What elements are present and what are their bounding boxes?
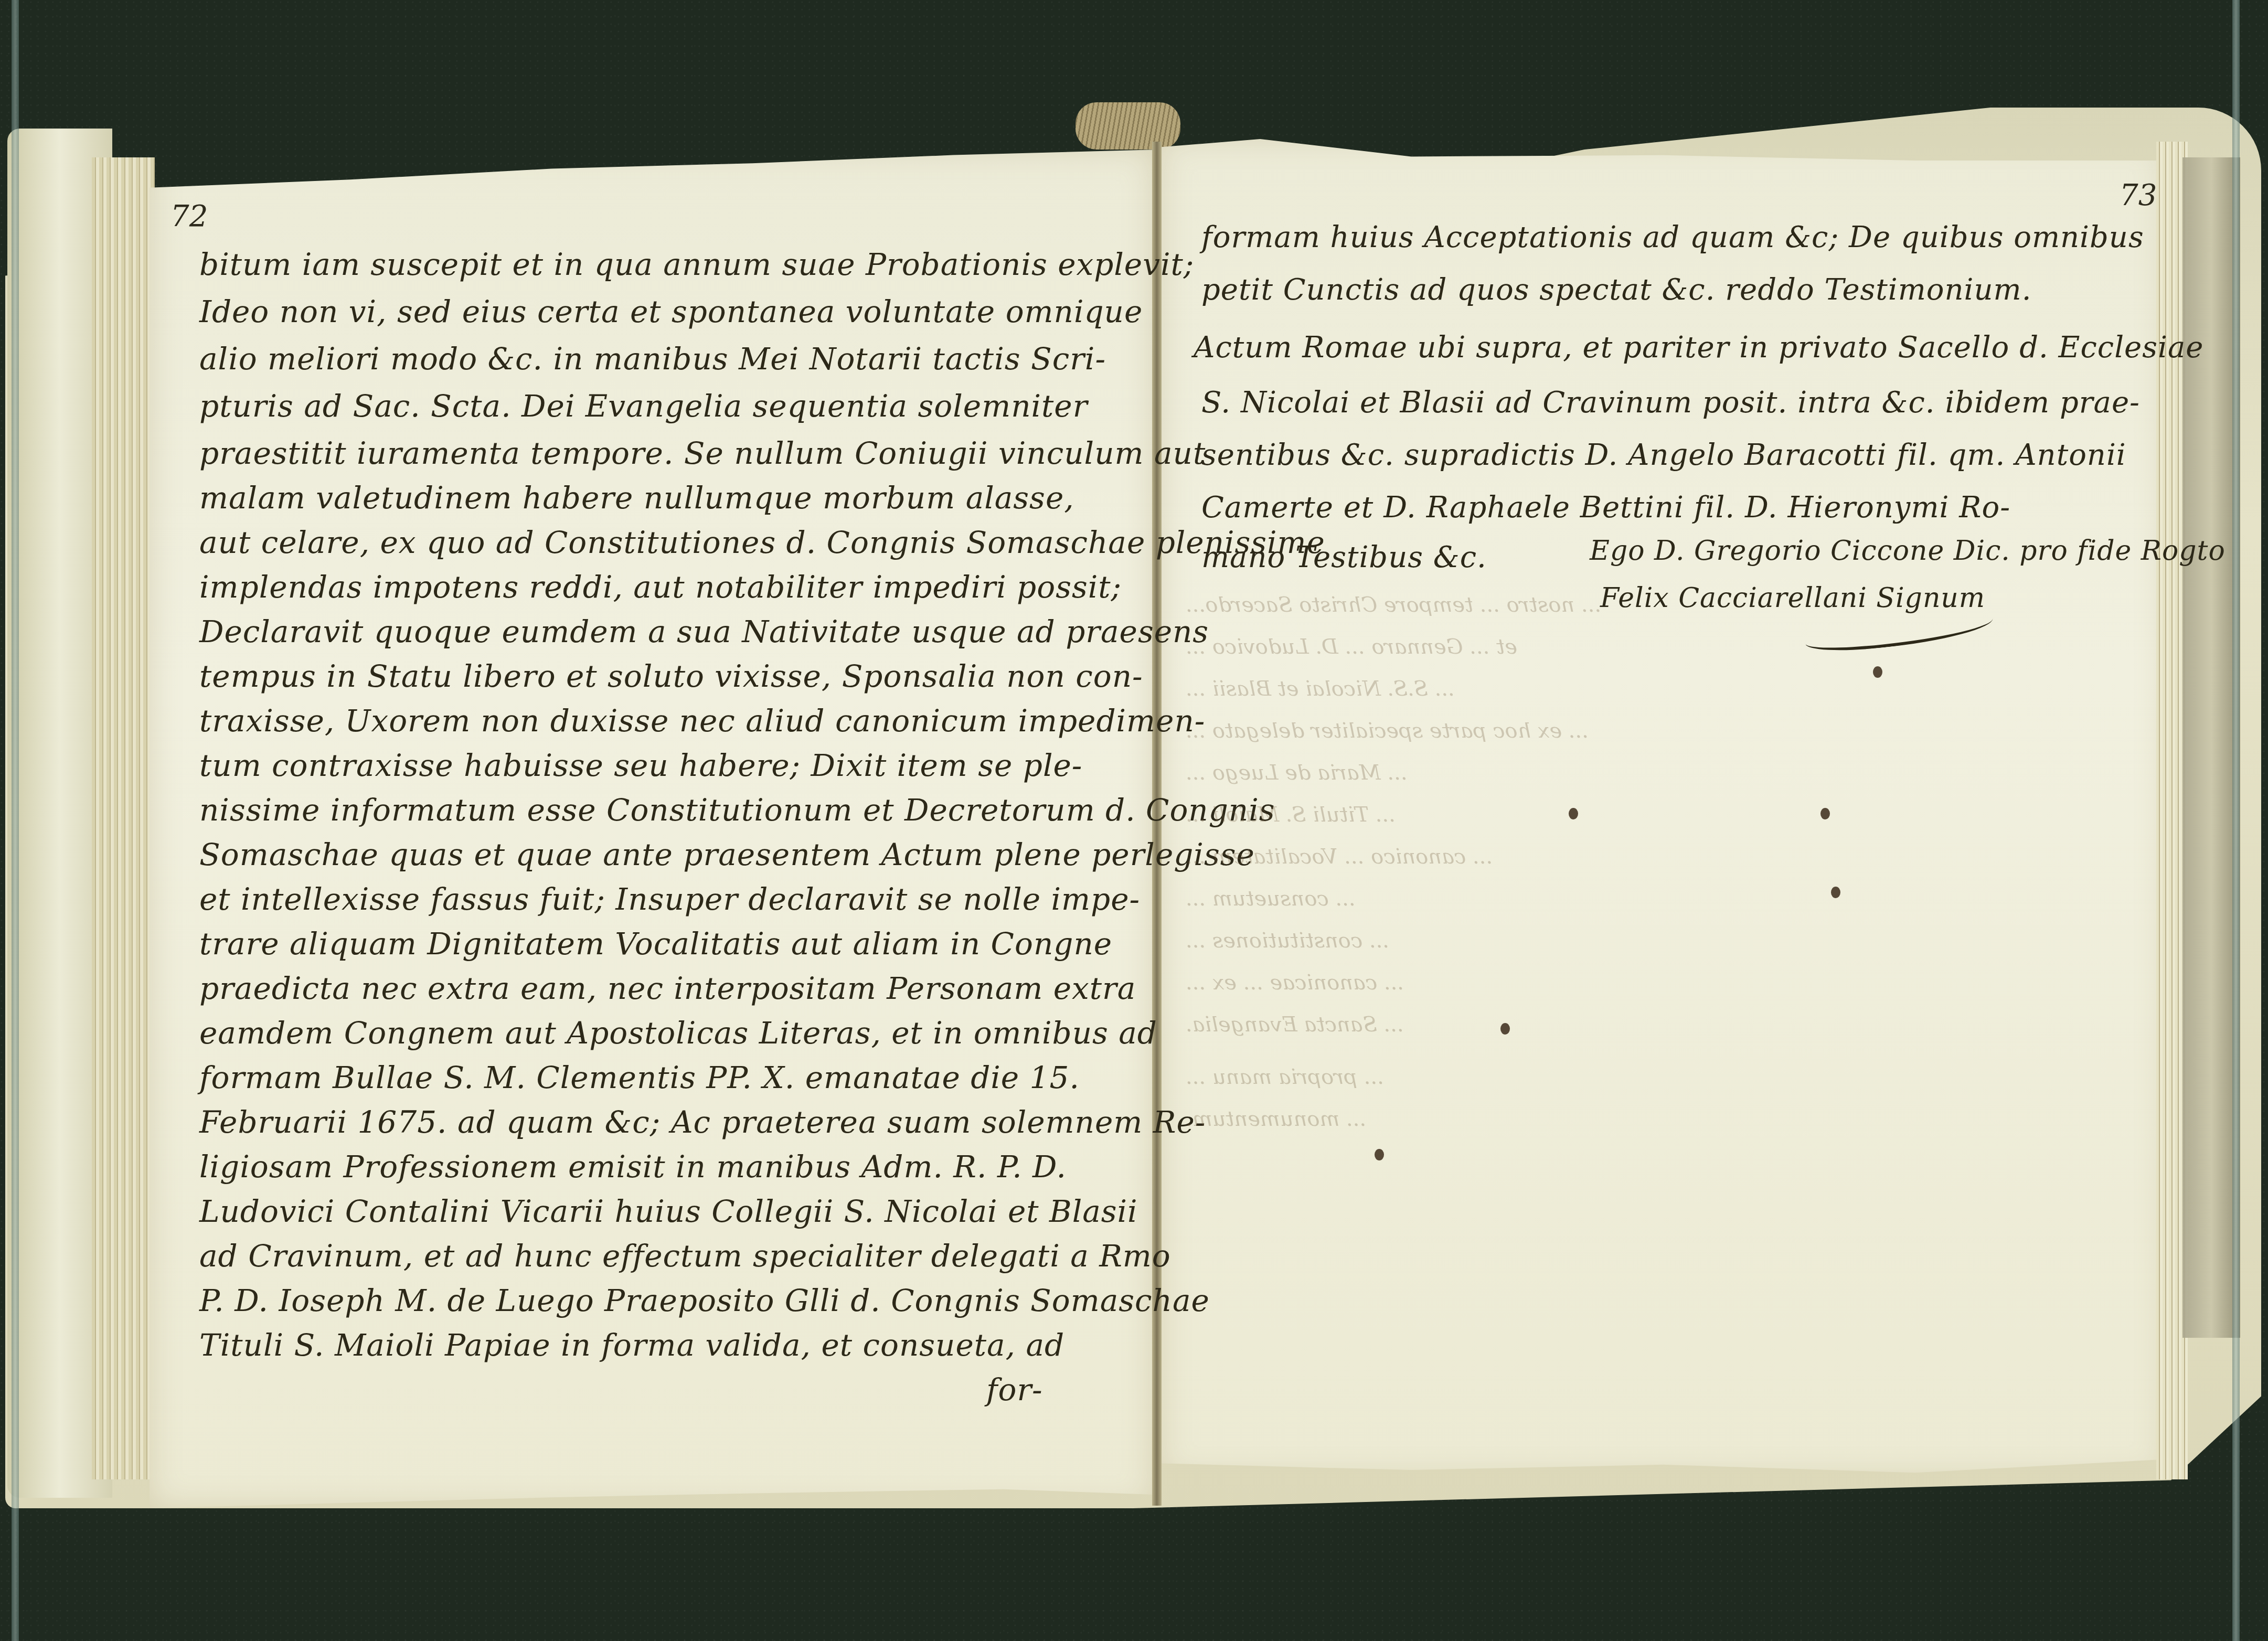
text-line: bitum iam suscepit et in qua annum suae … <box>199 247 1194 282</box>
text-line: ligiosam Professionem emisit in manibus … <box>199 1149 1067 1185</box>
text-line: trare aliquam Dignitatem Vocalitatis aut… <box>199 926 1112 962</box>
text-line: P. D. Ioseph M. de Luego Praeposito Glli… <box>199 1283 1210 1318</box>
ink-spot <box>1375 1149 1384 1160</box>
text-line: Actum Romae ubi supra, et pariter in pri… <box>1194 331 2203 365</box>
text-line: Somaschae quas et quae ante praesentem A… <box>199 837 1255 872</box>
ink-spot <box>1873 666 1882 678</box>
text-line: Ludovici Contalini Vicarii huius Collegi… <box>199 1194 1138 1229</box>
text-line: Tituli S. Maioli Papiae in forma valida,… <box>199 1327 1064 1363</box>
text-line: ad Cravinum, et ad hunc effectum special… <box>199 1238 1171 1274</box>
text-line: pturis ad Sac. Scta. Dei Evangelia seque… <box>199 388 1088 424</box>
ink-spot <box>1569 808 1578 819</box>
ink-spot <box>1820 808 1830 819</box>
ink-spot <box>1500 1023 1510 1035</box>
glass-plate-edge-left <box>12 0 19 1641</box>
text-line: mano Testibus &c. <box>1201 540 1487 574</box>
text-line: formam huius Acceptationis ad quam &c; D… <box>1201 220 2144 254</box>
text-line: Declaravit quoque eumdem a sua Nativitat… <box>199 614 1209 649</box>
folio-number-left: 72 <box>171 199 208 233</box>
notary-signature-line: Ego D. Gregorio Ciccone Dic. pro fide Ro… <box>1590 535 2226 567</box>
text-line: formam Bullae S. M. Clementis PP. X. ema… <box>199 1060 1080 1095</box>
text-line: praedicta nec extra eam, nec interposita… <box>199 971 1136 1006</box>
text-line: Februarii 1675. ad quam &c; Ac praeterea… <box>199 1104 1206 1140</box>
text-line: Camerte et D. Raphaele Bettini fil. D. H… <box>1201 491 2010 525</box>
text-line: Ideo non vi, sed eius certa et spontanea… <box>199 294 1143 329</box>
notary-signature: Felix Cacciarellani Signum <box>1600 582 1985 614</box>
catchword: for- <box>986 1372 1043 1408</box>
text-line: implendas impotens reddi, aut notabilite… <box>199 569 1122 605</box>
text-line: aut celare, ex quo ad Constitutiones d. … <box>199 525 1325 560</box>
folio-number-right: 73 <box>2120 178 2157 212</box>
text-line: petit Cunctis ad quos spectat &c. reddo … <box>1201 273 2031 307</box>
text-line: tempus in Statu libero et soluto vixisse… <box>199 658 1143 694</box>
text-line: praestitit iuramenta tempore. Se nullum … <box>199 435 1206 471</box>
text-line: alio meliori modo &c. in manibus Mei Not… <box>199 341 1106 377</box>
text-line: et intellexisse fassus fuit; Insuper dec… <box>199 881 1140 917</box>
text-line: tum contraxisse habuisse seu habere; Dix… <box>199 748 1082 783</box>
binding-string <box>1076 102 1180 150</box>
text-line: eamdem Congnem aut Apostolicas Literas, … <box>199 1015 1157 1051</box>
glass-plate-edge-right <box>2232 0 2240 1641</box>
text-line: malam valetudinem habere nullumque morbu… <box>199 480 1074 516</box>
left-page-stack <box>92 157 155 1479</box>
text-line: S. Nicolai et Blasii ad Cravinum posit. … <box>1201 386 2140 420</box>
text-line: traxisse, Uxorem non duxisse nec aliud c… <box>199 703 1205 739</box>
ink-spot <box>1831 887 1840 898</box>
text-line: sentibus &c. supradictis D. Angelo Barac… <box>1201 438 2126 472</box>
text-line: nissime informatum esse Constitutionum e… <box>199 792 1275 828</box>
